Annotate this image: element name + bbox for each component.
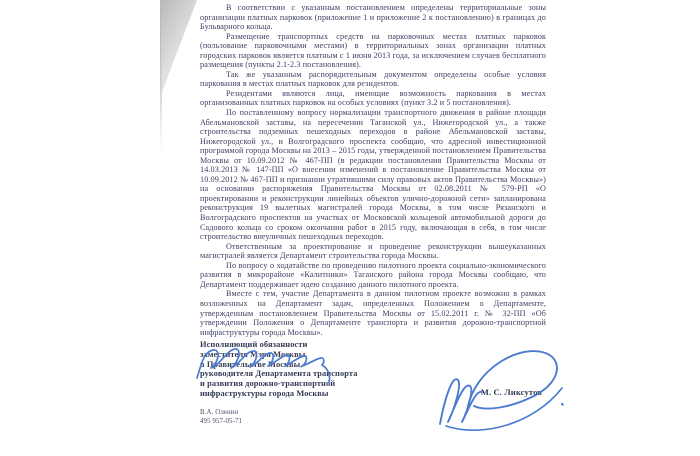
- paragraph: По вопросу о ходатайстве по проведению п…: [200, 261, 546, 290]
- paragraph: Вместе с тем, участие Департамента в дан…: [200, 289, 546, 337]
- signature-block: Исполняющий обязанности заместителя Мэра…: [200, 340, 546, 398]
- letter-body: В соответствии с указанным постановление…: [200, 3, 546, 426]
- folded-corner: [159, 0, 201, 94]
- paragraph: Так же указанным распорядительным докуме…: [200, 70, 546, 89]
- signer-position-line: и развития дорожно-транспортной: [200, 379, 358, 389]
- signer-position-line: заместителя Мэра Москвы: [200, 350, 358, 360]
- signer-position-line: руководителя Департамента транспорта: [200, 369, 358, 379]
- signer-position-line: в Правительстве Москвы,: [200, 360, 358, 370]
- paragraph: Размещение транспортных средств на парко…: [200, 32, 546, 70]
- executor-name: В.А. Оленин: [200, 409, 546, 417]
- paragraph: В соответствии с указанным постановление…: [200, 3, 546, 32]
- paragraph: Ответственным за проектирование и провед…: [200, 242, 546, 261]
- executor-phone: 495 957-05-71: [200, 418, 546, 426]
- signer-position-line: Исполняющий обязанности: [200, 340, 358, 350]
- paragraph: Резидентами являются лица, имеющие возмо…: [200, 89, 546, 108]
- signer-position-line: инфраструктуры города Москвы: [200, 389, 358, 399]
- signer-name: М. С. Ликсутов: [481, 388, 546, 399]
- scanned-letter-page: В соответствии с указанным постановление…: [0, 0, 700, 456]
- signer-position: Исполняющий обязанности заместителя Мэра…: [200, 340, 358, 398]
- executor-block: В.А. Оленин 495 957-05-71: [200, 409, 546, 425]
- paragraph: По поставленному вопросу нормализации тр…: [200, 108, 546, 242]
